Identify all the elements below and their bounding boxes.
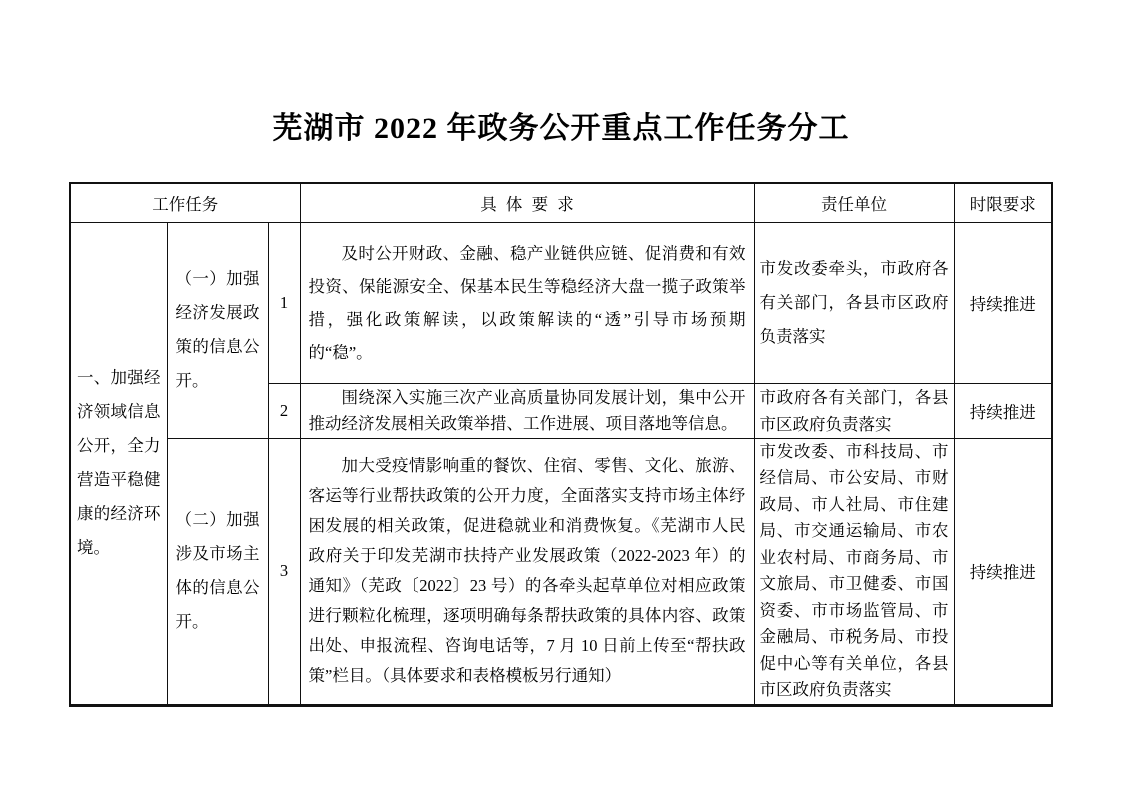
deadline-cell: 持续推进 [954,222,1052,383]
responsible-unit: 市发改委牵头，市政府各有关部门，各县市区政府负责落实 [754,222,954,383]
requirement-text: 加大受疫情影响重的餐饮、住宿、零售、文化、旅游、客运等行业帮扶政策的公开力度，全… [309,451,746,691]
table-row: （二）加强涉及市场主体的信息公开。 3 加大受疫情影响重的餐饮、住宿、零售、文化… [70,438,1052,705]
requirement-cell: 及时公开财政、金融、稳产业链供应链、促消费和有效投资、保能源安全、保基本民生等稳… [300,222,754,383]
row-number: 2 [268,383,300,438]
deadline-cell: 持续推进 [954,438,1052,705]
col-header-requirements: 具 体 要 求 [300,183,754,222]
col-header-deadline: 时限要求 [954,183,1052,222]
col-header-task: 工作任务 [70,183,300,222]
deadline-cell: 持续推进 [954,383,1052,438]
category-cell: 一、加强经济领域信息公开，全力营造平稳健康的经济环境。 [70,222,167,705]
requirement-cell: 加大受疫情影响重的餐饮、住宿、零售、文化、旅游、客运等行业帮扶政策的公开力度，全… [300,438,754,705]
page-title: 芜湖市 2022 年政务公开重点工作任务分工 [0,103,1122,147]
subcategory-cell-2: （二）加强涉及市场主体的信息公开。 [167,438,268,705]
responsible-unit: 市政府各有关部门，各县市区政府负责落实 [754,383,954,438]
requirement-text: 围绕深入实施三次产业高质量协同发展计划，集中公开推动经济发展相关政策举措、工作进… [309,385,746,437]
row-number: 3 [268,438,300,705]
requirement-cell: 围绕深入实施三次产业高质量协同发展计划，集中公开推动经济发展相关政策举措、工作进… [300,383,754,438]
table-row: 一、加强经济领域信息公开，全力营造平稳健康的经济环境。 （一）加强经济发展政策的… [70,222,1052,383]
col-header-unit: 责任单位 [754,183,954,222]
requirement-text: 及时公开财政、金融、稳产业链供应链、促消费和有效投资、保能源安全、保基本民生等稳… [309,237,746,369]
task-assignment-table: 工作任务 具 体 要 求 责任单位 时限要求 一、加强经济领域信息公开，全力营造… [69,182,1053,707]
responsible-unit: 市发改委、市科技局、市经信局、市公安局、市财政局、市人社局、市住建局、市交通运输… [754,438,954,705]
table-header-row: 工作任务 具 体 要 求 责任单位 时限要求 [70,183,1052,222]
subcategory-cell-1: （一）加强经济发展政策的信息公开。 [167,222,268,438]
row-number: 1 [268,222,300,383]
document-page: 芜湖市 2022 年政务公开重点工作任务分工 工作任务 具 体 要 求 责任单位… [0,0,1122,793]
